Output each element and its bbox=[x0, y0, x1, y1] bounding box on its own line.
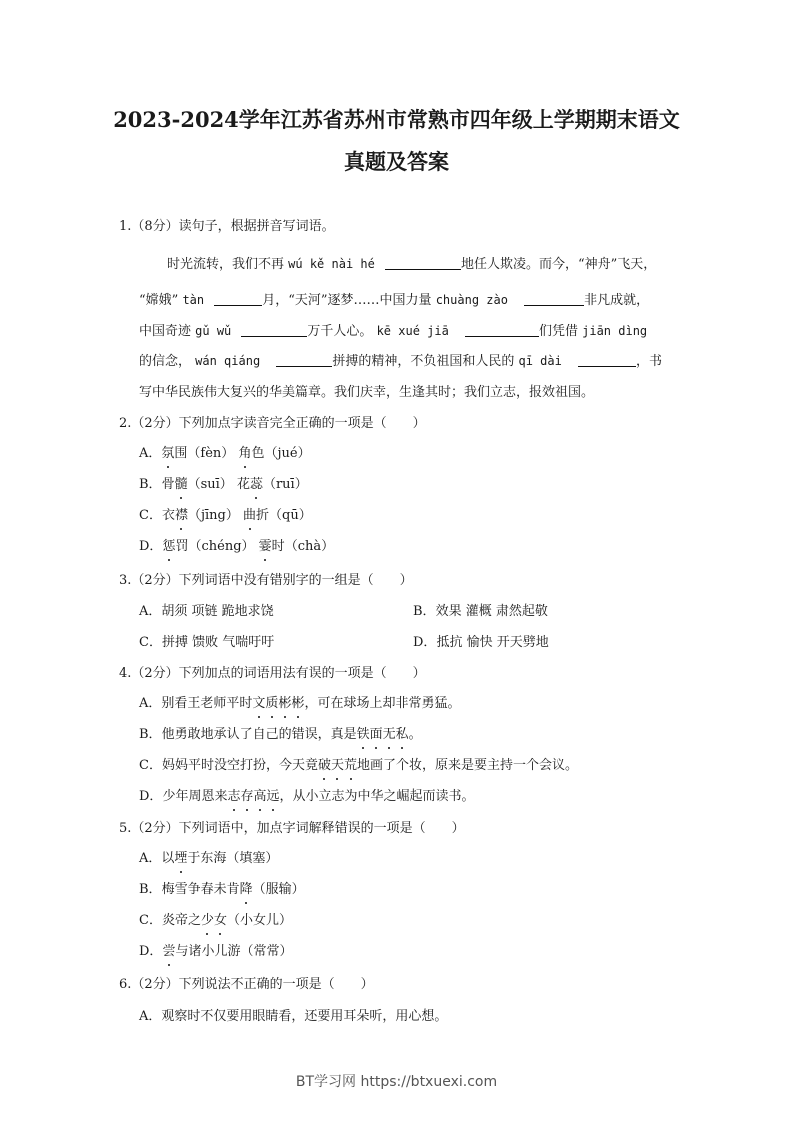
dotted-char: 女 bbox=[214, 912, 227, 930]
dotted-char: 霎 bbox=[259, 538, 272, 556]
option-label: B． bbox=[139, 727, 162, 742]
option-label: A． bbox=[139, 851, 161, 866]
option-label: A． bbox=[139, 446, 161, 461]
option-text: 拼搏 馈败 气喘吁吁 bbox=[162, 635, 274, 650]
option-label: D． bbox=[413, 635, 436, 650]
q5-option-d[interactable]: D．尝与诸小儿游（常常） bbox=[139, 943, 292, 961]
answer-blank[interactable] bbox=[276, 352, 332, 367]
option-text: 与诸小儿游（常常） bbox=[175, 944, 292, 959]
dotted-char: 破 bbox=[318, 757, 331, 775]
dotted-char: 襟 bbox=[175, 507, 188, 525]
option-text: 他勇敢地承认了自己的错误，真是 bbox=[162, 727, 357, 742]
pinyin: gǔ wǔ bbox=[195, 324, 231, 338]
pinyin: jiān dìng bbox=[582, 324, 647, 338]
dotted-char: 少 bbox=[201, 912, 214, 930]
option-label: B． bbox=[413, 604, 436, 619]
pinyin-reading: （suī） bbox=[188, 477, 233, 492]
question-1-header: 1.（8分）读句子，根据拼音写词语。 bbox=[119, 218, 335, 236]
question-4-header: 4.（2分）下列加点的词语用法有误的一项是（ ） bbox=[119, 665, 426, 683]
text: ，书 bbox=[636, 354, 662, 369]
text: 拼搏的精神，不负祖国和人民的 bbox=[332, 354, 514, 369]
text: 地任人欺凌。而今，“神舟”飞天， bbox=[461, 257, 656, 272]
dotted-char: 彬 bbox=[278, 695, 291, 713]
q3-option-a[interactable]: A．胡须 项链 跪地求饶 bbox=[139, 603, 274, 621]
dotted-char: 私 bbox=[396, 726, 409, 744]
question-2-header: 2.（2分）下列加点字读音完全正确的一项是（ ） bbox=[119, 415, 426, 433]
q2-option-b[interactable]: B．骨髓（suī） 花蕊（ruī） bbox=[139, 476, 308, 494]
dotted-char: 氛 bbox=[161, 445, 174, 463]
q1-passage-line-1: 时光流转，我们不再 wú kě nài hé 地任人欺凌。而今，“神舟”飞天， bbox=[167, 255, 656, 274]
dotted-char: 髓 bbox=[175, 476, 188, 494]
pinyin-reading: （chà） bbox=[285, 539, 334, 554]
pinyin: wán qiáng bbox=[195, 354, 260, 368]
pinyin-reading: （jīng） bbox=[188, 508, 239, 523]
option-text: 抵抗 愉快 开天劈地 bbox=[436, 635, 548, 650]
pinyin-reading: （fèn） bbox=[187, 446, 234, 461]
q3-option-c[interactable]: C．拼搏 馈败 气喘吁吁 bbox=[139, 634, 274, 652]
q3-option-b[interactable]: B．效果 灌概 肃然起敬 bbox=[413, 603, 548, 621]
text: 中国奇迹 bbox=[139, 324, 191, 339]
q2-option-a[interactable]: A．氛围（fèn） 角色（jué） bbox=[139, 445, 311, 463]
dotted-char: 惩 bbox=[162, 538, 175, 556]
option-text: 地画了个妆，原来是要主持一个会议。 bbox=[357, 758, 578, 773]
question-5-header: 5.（2分）下列词语中，加点字词解释错误的一项是（ ） bbox=[119, 820, 465, 838]
q3-option-d[interactable]: D．抵抗 愉快 开天劈地 bbox=[413, 634, 549, 652]
q5-option-a[interactable]: A．以堙于东海（填塞） bbox=[139, 850, 278, 868]
dotted-char: 面 bbox=[370, 726, 383, 744]
q4-option-d[interactable]: D．少年周恩来志存高远，从小立志为中华之崛起而读书。 bbox=[139, 788, 475, 806]
q4-option-b[interactable]: B．他勇敢地承认了自己的错误，真是铁面无私。 bbox=[139, 726, 422, 744]
option-label: C． bbox=[139, 508, 162, 523]
option-label: C． bbox=[139, 913, 162, 928]
document-title-line-2: 真题及答案 bbox=[0, 146, 793, 176]
dotted-char: 无 bbox=[383, 726, 396, 744]
question-3-header: 3.（2分）下列词语中没有错别字的一组是（ ） bbox=[119, 572, 413, 590]
dotted-char: 蕊 bbox=[250, 476, 263, 494]
q1-passage-line-5: 写中华民族伟大复兴的华美篇章。我们庆幸，生逢其时；我们立志，报效祖国。 bbox=[139, 384, 594, 402]
answer-blank[interactable] bbox=[578, 352, 636, 367]
pinyin: kē xué jiā bbox=[377, 324, 449, 338]
option-label: A． bbox=[139, 696, 161, 711]
dotted-char: 堙 bbox=[174, 850, 187, 868]
dotted-char: 存 bbox=[240, 788, 253, 806]
q2-option-c[interactable]: C．衣襟（jīng） 曲折（qū） bbox=[139, 507, 312, 525]
char: 折 bbox=[256, 508, 269, 523]
option-label: D． bbox=[139, 539, 162, 554]
pinyin-reading: （ruī） bbox=[263, 477, 308, 492]
option-label: A． bbox=[139, 1009, 161, 1024]
option-label: A． bbox=[139, 604, 161, 619]
q4-option-a[interactable]: A．别看王老师平时文质彬彬，可在球场上却非常勇猛。 bbox=[139, 695, 460, 713]
text: 的信念， bbox=[139, 354, 191, 369]
char: 衣 bbox=[162, 508, 175, 523]
q5-option-c[interactable]: C．炎帝之少女（小女儿） bbox=[139, 912, 292, 930]
dotted-char: 文 bbox=[252, 695, 265, 713]
pinyin: chuàng zào bbox=[436, 293, 508, 307]
option-text: 以 bbox=[161, 851, 174, 866]
option-text: （小女儿） bbox=[227, 913, 292, 928]
option-text: 胡须 项链 跪地求饶 bbox=[161, 604, 273, 619]
pinyin: qī dài bbox=[518, 354, 561, 368]
option-text: 效果 灌概 肃然起敬 bbox=[436, 604, 548, 619]
option-label: C． bbox=[139, 758, 162, 773]
dotted-char: 铁 bbox=[357, 726, 370, 744]
q4-option-c[interactable]: C．妈妈平时没空打扮，今天竟破天荒地画了个妆，原来是要主持一个会议。 bbox=[139, 757, 578, 775]
dotted-char: 尝 bbox=[162, 943, 175, 961]
char: 围 bbox=[174, 446, 187, 461]
q6-option-a[interactable]: A．观察时不仅要用眼睛看，还要用耳朵听，用心想。 bbox=[139, 1008, 447, 1026]
text: 月，“天河”逐梦……中国力量 bbox=[262, 293, 431, 308]
dotted-char: 志 bbox=[227, 788, 240, 806]
question-6-header: 6.（2分）下列说法不正确的一项是（ ） bbox=[119, 976, 374, 994]
dotted-char: 角 bbox=[238, 445, 251, 463]
pinyin-reading: （jué） bbox=[264, 446, 310, 461]
pinyin-reading: （qū） bbox=[269, 508, 312, 523]
char: 骨 bbox=[162, 477, 175, 492]
dotted-char: 天 bbox=[331, 757, 344, 775]
dotted-char: 高 bbox=[253, 788, 266, 806]
pinyin: wú kě nài hé bbox=[288, 257, 375, 271]
option-text: ，从小立志为中华之崛起而读书。 bbox=[280, 789, 475, 804]
option-label: D． bbox=[139, 944, 162, 959]
text: 们凭借 bbox=[539, 324, 578, 339]
answer-blank[interactable] bbox=[524, 291, 584, 306]
pinyin: tàn bbox=[182, 293, 204, 307]
text: 非凡成就， bbox=[584, 293, 649, 308]
document-title-line-1: 2023-2024学年江苏省苏州市常熟市四年级上学期期末语文 bbox=[0, 104, 793, 134]
q1-passage-line-3: 中国奇迹 gǔ wǔ 万千人心。 kē xué jiā 们凭借 jiān dìn… bbox=[139, 322, 647, 341]
option-label: D． bbox=[139, 789, 162, 804]
char: 色 bbox=[251, 446, 264, 461]
answer-blank[interactable] bbox=[241, 322, 307, 337]
answer-blank[interactable] bbox=[385, 255, 461, 270]
text: 时光流转，我们不再 bbox=[167, 257, 284, 272]
option-text: 观察时不仅要用眼睛看，还要用耳朵听，用心想。 bbox=[161, 1009, 447, 1024]
text: “嫦娥” bbox=[139, 293, 178, 308]
watermark-footer: BT学习网 https://btxuexi.com bbox=[0, 1071, 793, 1091]
q2-option-d[interactable]: D．惩罚（chéng） 霎时（chà） bbox=[139, 538, 334, 556]
option-text: 。 bbox=[409, 727, 422, 742]
q1-passage-line-4: 的信念， wán qiáng 拼搏的精神，不负祖国和人民的 qī dài ，书 bbox=[139, 352, 662, 371]
char: 花 bbox=[237, 477, 250, 492]
dotted-char: 彬 bbox=[291, 695, 304, 713]
option-text: 炎帝之 bbox=[162, 913, 201, 928]
dotted-char: 质 bbox=[265, 695, 278, 713]
dotted-char: 荒 bbox=[344, 757, 357, 775]
answer-blank[interactable] bbox=[214, 291, 262, 306]
pinyin-reading: （chéng） bbox=[188, 539, 254, 554]
char: 罚 bbox=[175, 539, 188, 554]
option-text: 别看王老师平时 bbox=[161, 696, 252, 711]
option-label: C． bbox=[139, 635, 162, 650]
dotted-char: 降 bbox=[240, 881, 253, 899]
char: 时 bbox=[272, 539, 285, 554]
option-text: 于东海（填塞） bbox=[187, 851, 278, 866]
text: 万千人心。 bbox=[307, 324, 372, 339]
option-label: B． bbox=[139, 477, 162, 492]
dotted-char: 远 bbox=[267, 788, 280, 806]
option-text: 少年周恩来 bbox=[162, 789, 227, 804]
q1-passage-line-2: “嫦娥” tàn 月，“天河”逐梦……中国力量 chuàng zào 非凡成就， bbox=[139, 291, 649, 310]
option-text: 梅雪争春未肯 bbox=[162, 882, 240, 897]
option-text: ，可在球场上却非常勇猛。 bbox=[304, 696, 460, 711]
answer-blank[interactable] bbox=[465, 322, 539, 337]
dotted-char: 曲 bbox=[243, 507, 256, 525]
option-text: （服输） bbox=[253, 882, 305, 897]
option-label: B． bbox=[139, 882, 162, 897]
q5-option-b[interactable]: B．梅雪争春未肯降（服输） bbox=[139, 881, 305, 899]
option-text: 妈妈平时没空打扮，今天竟 bbox=[162, 758, 318, 773]
